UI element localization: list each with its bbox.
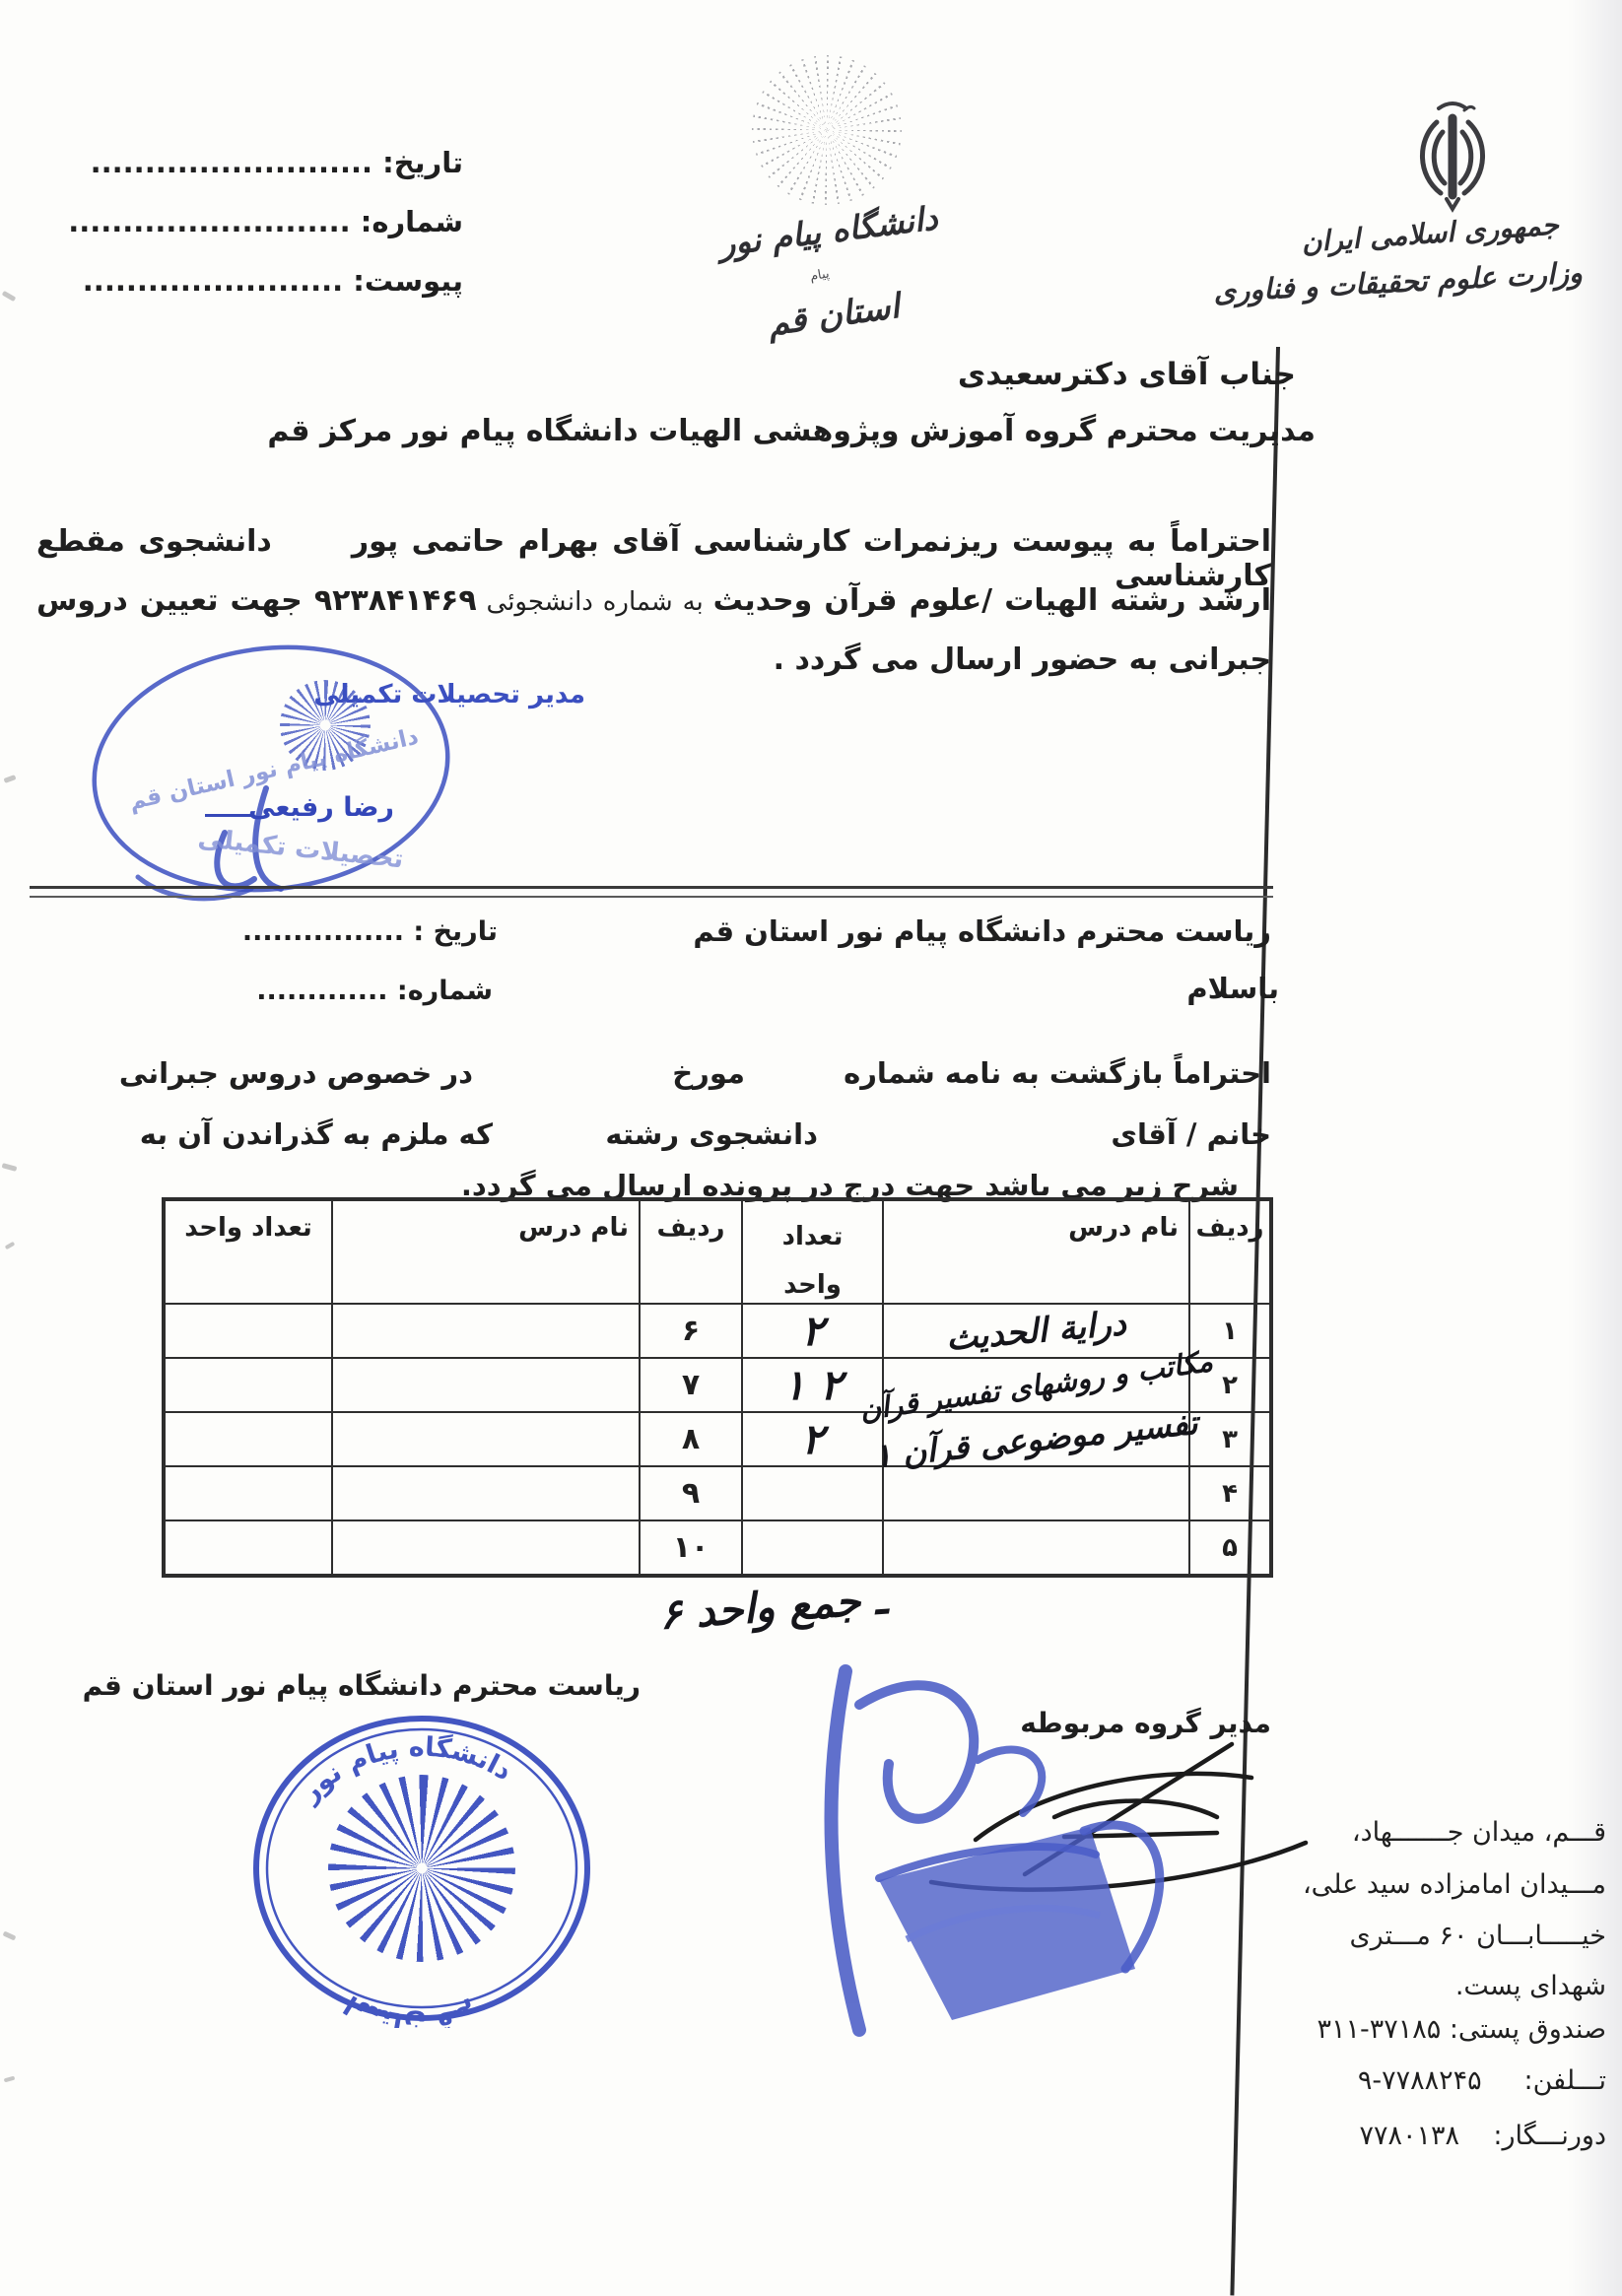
body-line2-bold2: جهت تعیین دروس [36, 583, 314, 618]
emblem-crescent-right-outer [1464, 122, 1483, 193]
pobox-line: صندوق پستی: ۳۷۱۸۵-۳۱۱ [1317, 2014, 1606, 2045]
scan-artifact [2, 291, 17, 302]
province-calligraphy: استان قم [743, 284, 924, 348]
stamp-ring-bottom-text: استان قم [339, 1989, 481, 2028]
compensatory-courses-table: ردیف نام درس تعداد واحد ردیف نام درس تعد… [162, 1197, 1273, 1578]
table-cell-no2: ۶ [640, 1304, 742, 1358]
scan-artifact [2, 1163, 18, 1172]
table-cell-units2 [165, 1358, 332, 1412]
letter2-salutation: باسلام [1186, 972, 1279, 1005]
letter2-addressee: ریاست محترم دانشگاه پیام نور استان قم [693, 914, 1271, 948]
iran-emblem-icon [1407, 99, 1498, 217]
table-cell-no: ۴ [1189, 1466, 1270, 1520]
emblem-crescent-left-inner [1434, 132, 1445, 183]
stamp1-title: مدیر تحصیلات تکمیلی [376, 680, 585, 709]
letter1-body-line3: جبرانی به حضور ارسال می گردد . [774, 642, 1271, 677]
scanned-letter-page: تاریخ: .......................... شماره:… [0, 0, 1622, 2296]
table-cell-units [742, 1466, 883, 1520]
table-cell-units [742, 1520, 883, 1575]
letter2-line2-required: که ملزم به گذراندن آن به [140, 1117, 493, 1151]
table-header-course2: نام درس [332, 1200, 640, 1304]
phone-line: تـــلفن: ۷۷۸۸۲۴۵-۹ [1358, 2065, 1606, 2096]
scan-artifact [5, 1242, 16, 1249]
payamnoor-sunburst-logo-icon [752, 55, 902, 205]
table-cell-no: ۳ [1189, 1412, 1270, 1466]
attachment-field: پیوست: ........................ [83, 264, 463, 298]
body-line2-bold1: ارشد رشته الهیات /علوم قرآن وحدیث [713, 583, 1271, 618]
letter2-line1-subject: در خصوص دروس جبرانی [119, 1056, 473, 1090]
table-header-units2: تعداد واحد [165, 1200, 332, 1304]
fax-line: دورنـــگار: ۷۷۸۰۱۳۸ [1360, 2121, 1606, 2151]
table-cell-units2 [165, 1520, 332, 1575]
letter2-line2-field: دانشجوی رشته [605, 1117, 818, 1151]
body-line2-student-number: ۹۲۳۸۴۱۴۶۹ [314, 583, 477, 618]
table-cell-no2: ۷ [640, 1358, 742, 1412]
emblem-crescent-right-inner [1460, 132, 1471, 183]
table-cell-no: ۵ [1189, 1520, 1270, 1575]
scan-artifact [4, 2076, 16, 2083]
stamp1-signer-name: رضا رفیعی [248, 792, 394, 823]
table-cell-no2: ۱۰ [640, 1520, 742, 1575]
table-cell-course [883, 1520, 1189, 1575]
table-header-units: تعداد واحد [742, 1200, 883, 1304]
address-line-1: قـــم، میدان جـــــــهاد، [1352, 1817, 1606, 1848]
table-cell-no2: ۸ [640, 1412, 742, 1466]
scan-artifact [3, 1930, 17, 1940]
table-cell-units2 [165, 1466, 332, 1520]
address-line-3: خیـــــابـــان ۶۰ مـــتری [1350, 1921, 1606, 1951]
letter2-date-field: تاریخ : ................ [242, 916, 498, 947]
letter1-body-line2: ارشد رشته الهیات /علوم قرآن وحدیث به شما… [36, 583, 1271, 618]
signature-ink-patch [879, 1827, 1135, 2020]
table-header-course: نام درس [883, 1200, 1189, 1304]
table-cell-course2 [332, 1412, 640, 1466]
table-cell-units-handwritten: ۲ [801, 1415, 824, 1463]
letter2-number-field: شماره: ............. [256, 976, 493, 1006]
table-header-row-no: ردیف [1189, 1200, 1270, 1304]
address-line-4: شهدای پست. [1455, 1971, 1606, 2001]
stamp2-sunburst-icon [328, 1775, 515, 1962]
university-name-calligraphy: دانشگاه پیام نور [729, 198, 939, 261]
section-divider-rule [30, 886, 1273, 898]
letter2-line1-dated: مورخ [672, 1056, 745, 1090]
president-blue-signature [532, 1644, 1183, 2077]
date-field: تاریخ: .......................... [91, 146, 463, 179]
number-field: شماره: .......................... [68, 205, 463, 238]
table-cell-no2: ۹ [640, 1466, 742, 1520]
table-cell-course2 [332, 1304, 640, 1358]
university-small-mark: پیام [809, 266, 831, 284]
emblem-crescent-left-outer [1422, 122, 1441, 193]
total-units-handwritten: ـ جمع واحد ۶ [657, 1575, 888, 1639]
scan-edge-shadow [1568, 0, 1622, 2296]
address-line-2: مـــیدان امامزاده سید علی، [1303, 1869, 1606, 1900]
table-cell-course2 [332, 1466, 640, 1520]
table-cell-units-handwritten: ۲ ۱ [783, 1361, 843, 1409]
ministry-calligraphy: وزارت علوم تحقیقات و فناوری [1256, 255, 1583, 305]
letter1-addressee-line1: جناب آقای دکترسعیدی [958, 357, 1296, 392]
letter2-line1-return: احتراماً بازگشت به نامه شماره [844, 1056, 1271, 1090]
scan-artifact [4, 775, 17, 783]
table-cell-units-handwritten: ۲ [801, 1307, 824, 1355]
table-cell-course [883, 1466, 1189, 1520]
table-cell-course2 [332, 1520, 640, 1575]
table-cell-units2 [165, 1304, 332, 1358]
table-cell-units2 [165, 1412, 332, 1466]
table-header-row-no2: ردیف [640, 1200, 742, 1304]
letter2-line2-name: خانم / آقای [1111, 1117, 1271, 1151]
table-cell-course2 [332, 1358, 640, 1412]
letter1-addressee-line2: مدیریت محترم گروه آموزش وپژوهشی الهیات د… [267, 414, 1316, 448]
table-cell-course-handwritten: درایة الحدیث [945, 1304, 1128, 1359]
emblem-tashdid [1439, 103, 1466, 108]
body-line2-small: به شماره دانشجوئی [477, 587, 713, 617]
signature-dash [205, 814, 252, 817]
